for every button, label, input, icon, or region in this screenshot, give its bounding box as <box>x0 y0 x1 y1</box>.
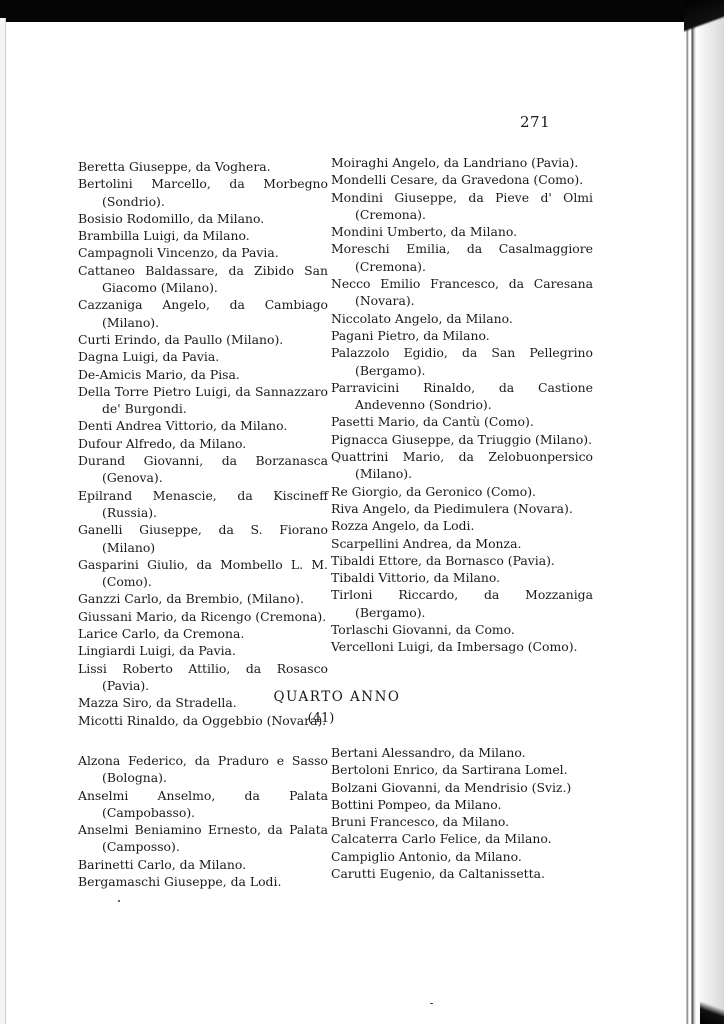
list-item: Tirloni Riccardo, da Mozzaniga (Bergamo)… <box>331 586 593 621</box>
list-item: Beretta Giuseppe, da Voghera. <box>78 158 328 175</box>
list-item: Vercelloni Luigi, da Imbersago (Como). <box>331 638 593 655</box>
list-item: Scarpellini Andrea, da Monza. <box>331 535 593 552</box>
ink-speck <box>430 1003 433 1004</box>
list-item: Bottini Pompeo, da Milano. <box>331 796 593 813</box>
list-item: Ganelli Giuseppe, da S. Fiorano (Milano) <box>78 521 328 556</box>
list-item: Moiraghi Angelo, da Landriano (Pavia). <box>331 154 593 171</box>
list-item: Anselmi Beniamino Ernesto, da Palata (Ca… <box>78 821 328 856</box>
list-item: Palazzolo Egidio, da San Pellegrino (Ber… <box>331 344 593 379</box>
list-item: Niccolato Angelo, da Milano. <box>331 310 593 327</box>
scan-left-edge <box>0 18 6 1024</box>
list-item: Denti Andrea Vittorio, da Milano. <box>78 417 328 434</box>
bottom-right-column: Bertani Alessandro, da Milano. Bertoloni… <box>331 744 593 882</box>
list-item: Dagna Luigi, da Pavia. <box>78 348 328 365</box>
list-item: Bertoloni Enrico, da Sartirana Lomel. <box>331 761 593 778</box>
list-item: Moreschi Emilia, da Casalmaggiore (Cremo… <box>331 240 593 275</box>
top-left-column: Beretta Giuseppe, da Voghera. Bertolini … <box>78 158 328 729</box>
list-item: Pagani Pietro, da Milano. <box>331 327 593 344</box>
list-item: Pignacca Giuseppe, da Triuggio (Milano). <box>331 431 593 448</box>
list-item: Bertani Alessandro, da Milano. <box>331 744 593 761</box>
list-item: Pasetti Mario, da Cantù (Como). <box>331 413 593 430</box>
list-item: Bertolini Marcello, da Morbegno (Sondrio… <box>78 175 328 210</box>
list-item: Carutti Eugenio, da Caltanissetta. <box>331 865 593 882</box>
list-item: Cazzaniga Angelo, da Cambiago (Milano). <box>78 296 328 331</box>
list-item: Alzona Federico, da Praduro e Sasso (Bol… <box>78 752 328 787</box>
list-item: Bergamaschi Giuseppe, da Lodi. <box>78 873 328 890</box>
list-item: Bosisio Rodomillo, da Milano. <box>78 210 328 227</box>
list-item: Giussani Mario, da Ricengo (Cremona). <box>78 608 328 625</box>
list-item: Riva Angelo, da Piedimulera (Novara). <box>331 500 593 517</box>
list-item: Bolzani Giovanni, da Mendrisio (Sviz.) <box>331 779 593 796</box>
list-item: Rozza Angelo, da Lodi. <box>331 517 593 534</box>
section-count: (41) <box>0 711 642 726</box>
page-number: 271 <box>520 113 550 131</box>
list-item: Larice Carlo, da Cremona. <box>78 625 328 642</box>
list-item: Mondelli Cesare, da Gravedona (Como). <box>331 171 593 188</box>
list-item: Della Torre Pietro Luigi, da Sannazzaro … <box>78 383 328 418</box>
top-right-column: Moiraghi Angelo, da Landriano (Pavia). M… <box>331 154 593 656</box>
list-item: Bruni Francesco, da Milano. <box>331 813 593 830</box>
list-item: Quattrini Mario, da Zelobuonpersico (Mil… <box>331 448 593 483</box>
list-item: Ganzzi Carlo, da Brembio, (Milano). <box>78 590 328 607</box>
list-item: Durand Giovanni, da Borzanasca (Genova). <box>78 452 328 487</box>
spine-bottom-shadow <box>700 994 724 1024</box>
book-spine-edge <box>684 0 724 1024</box>
ink-speck <box>118 900 120 902</box>
list-item: Parravicini Rinaldo, da Castione Andeven… <box>331 379 593 414</box>
list-item: Calcaterra Carlo Felice, da Milano. <box>331 830 593 847</box>
bottom-left-column: Alzona Federico, da Praduro e Sasso (Bol… <box>78 752 328 890</box>
list-item: Cattaneo Baldassare, da Zibido San Giaco… <box>78 262 328 297</box>
list-item: De-Amicis Mario, da Pisa. <box>78 366 328 383</box>
spine-top-shadow <box>684 0 724 40</box>
list-item: Necco Emilio Francesco, da Caresana (Nov… <box>331 275 593 310</box>
list-item: Dufour Alfredo, da Milano. <box>78 435 328 452</box>
list-item: Curti Erindo, da Paullo (Milano). <box>78 331 328 348</box>
list-item: Re Giorgio, da Geronico (Como). <box>331 483 593 500</box>
list-item: Tibaldi Vittorio, da Milano. <box>331 569 593 586</box>
list-item: Torlaschi Giovanni, da Como. <box>331 621 593 638</box>
list-item: Brambilla Luigi, da Milano. <box>78 227 328 244</box>
list-item: Campiglio Antonio, da Milano. <box>331 848 593 865</box>
list-item: Barinetti Carlo, da Milano. <box>78 856 328 873</box>
list-item: Gasparini Giulio, da Mombello L. M. (Com… <box>78 556 328 591</box>
list-item: Anselmi Anselmo, da Palata (Campobasso). <box>78 787 328 822</box>
list-item: Campagnoli Vincenzo, da Pavia. <box>78 244 328 261</box>
list-item: Lingiardi Luigi, da Pavia. <box>78 642 328 659</box>
list-item: Mondini Giuseppe, da Pieve d' Olmi (Crem… <box>331 189 593 224</box>
list-item: Mondini Umberto, da Milano. <box>331 223 593 240</box>
list-item: Tibaldi Ettore, da Bornasco (Pavia). <box>331 552 593 569</box>
section-title: QUARTO ANNO <box>0 689 674 705</box>
list-item: Epilrand Menascie, da Kiscineff (Russia)… <box>78 487 328 522</box>
scan-top-border <box>0 0 724 22</box>
